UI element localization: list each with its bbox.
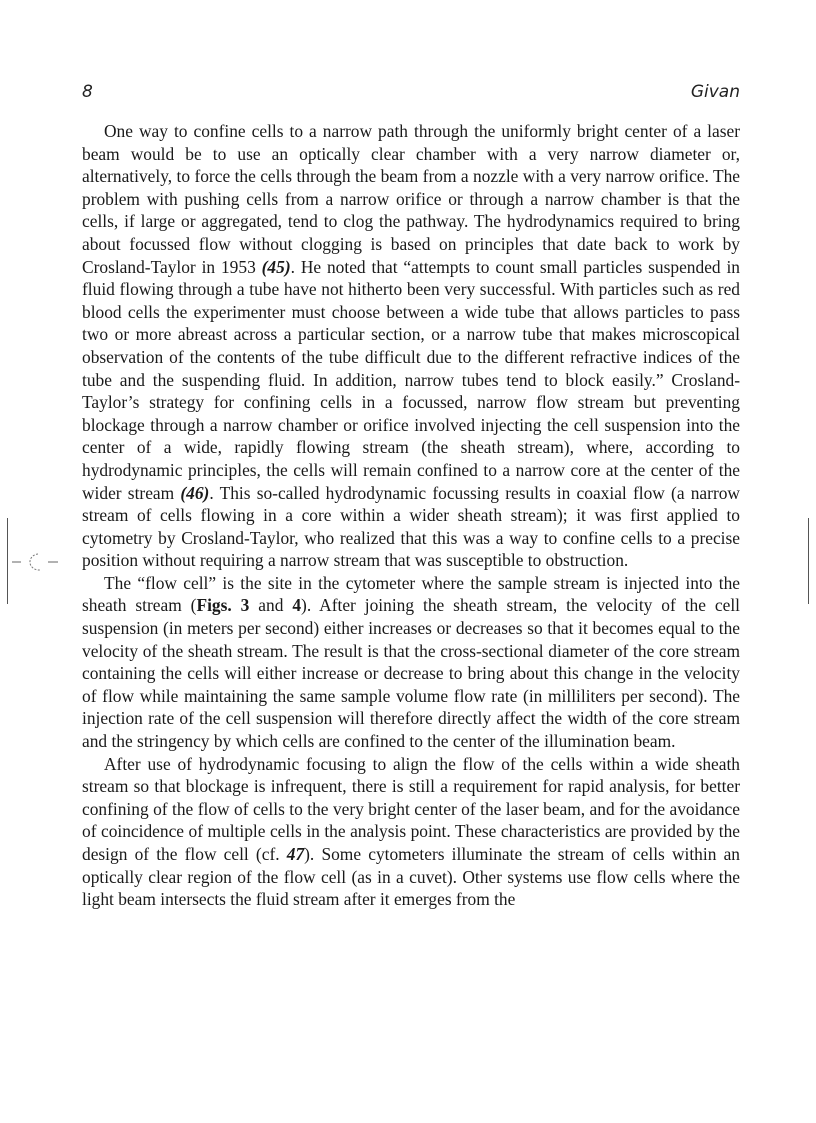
crop-mark-right	[808, 518, 809, 604]
citation-reference: (45)	[262, 257, 291, 277]
figure-reference: 4	[292, 595, 301, 615]
citation-reference: 47	[287, 844, 304, 864]
paragraph: After use of hydrodynamic focusing to al…	[82, 753, 740, 911]
citation-reference: (46)	[180, 483, 209, 503]
paragraph: One way to confine cells to a narrow pat…	[82, 120, 740, 572]
crop-mark-left	[7, 518, 8, 604]
body-text: One way to confine cells to a narrow pat…	[82, 120, 740, 911]
document-page: 8 Givan One way to confine cells to a na…	[0, 0, 816, 1123]
figure-reference: Figs. 3	[196, 595, 249, 615]
page-number: 8	[82, 82, 93, 102]
paragraph: The “flow cell” is the site in the cytom…	[82, 572, 740, 753]
running-head-author: Givan	[691, 82, 740, 102]
running-head: 8 Givan	[82, 82, 740, 106]
registration-mark-icon	[12, 550, 62, 574]
